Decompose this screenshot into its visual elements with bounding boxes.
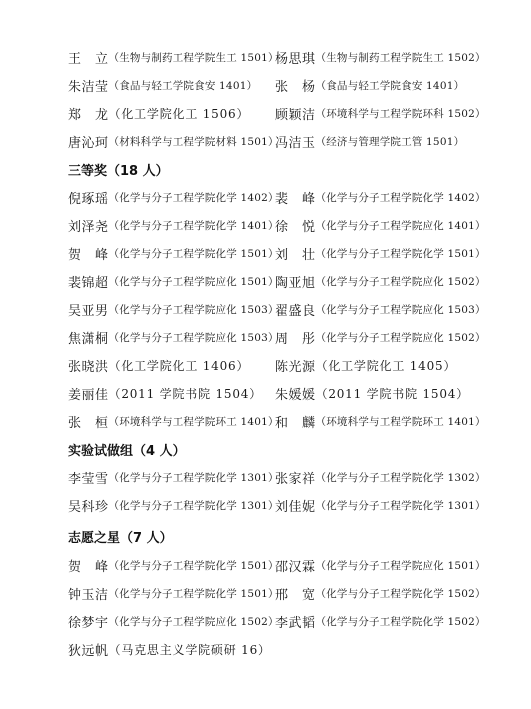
list-row: 唐沁珂（材料科学与工程学院材料 1501） 冯洁玉（经济与管理学院工管 1501… [68,130,508,152]
awardee-affiliation: （化工学院化工 1506） [109,105,250,122]
list-row: 朱洁莹（食品与轻工学院食安 1401） 张 杨（食品与轻工学院食安 1401） [68,74,508,96]
awardee: 杨思琪（生物与制药工程学院生工 1502） [275,46,486,68]
awardee-affiliation: （化学与分子工程学院应化 1502） [316,274,486,289]
awardee: 狄远帆（马克思主义学院硕研 16） [68,638,271,660]
awardee: 朱媛媛（2011 学院书院 1504） [275,382,469,404]
awardee-affiliation: （化学与分子工程学院应化 1501） [316,558,486,573]
awardee-name: 冯洁玉 [275,132,316,151]
list-row: 刘泽尧（化学与分子工程学院化学 1401） 徐 悦（化学与分子工程学院应化 14… [68,214,508,236]
awardee-name: 钟玉洁 [68,584,109,603]
awardee-affiliation: （2011 学院书院 1504） [316,385,470,402]
awardee-name: 朱媛媛 [275,384,316,403]
awardee-affiliation: （环境科学与工程学院环工 1401） [109,414,279,429]
awardee: 邵汉霖（化学与分子工程学院应化 1501） [275,554,486,576]
awardee-name: 陶亚旭 [275,272,316,291]
awardee-affiliation: （2011 学院书院 1504） [109,385,263,402]
awardee: 郑 龙（化工学院化工 1506） [68,102,249,124]
awardee: 朱洁莹（食品与轻工学院食安 1401） [68,74,257,96]
awardee-name: 狄远帆 [68,640,109,659]
awardee-name: 吴亚男 [68,300,109,319]
list-row: 狄远帆（马克思主义学院硕研 16） [68,638,508,660]
awardee: 倪琢瑶（化学与分子工程学院化学 1402） [68,186,279,208]
awardee-name: 和 麟 [275,412,316,431]
awardee-affiliation: （食品与轻工学院食安 1401） [109,78,258,93]
awardee-affiliation: （化学与分子工程学院化学 1402） [109,190,279,205]
awardee-affiliation: （食品与轻工学院食安 1401） [316,78,465,93]
awardee: 唐沁珂（材料科学与工程学院材料 1501） [68,130,279,152]
awardee-name: 李莹雪 [68,468,109,487]
section-header-third-prize: 三等奖（18 人） [68,158,169,180]
awardee-name: 周 彤 [275,328,316,347]
awardee-affiliation: （化工学院化工 1406） [109,357,250,374]
awardee-affiliation: （化学与分子工程学院应化 1502） [109,614,279,629]
awardee-affiliation: （化学与分子工程学院化学 1302） [316,470,486,485]
awardee: 陶亚旭（化学与分子工程学院应化 1502） [275,270,486,292]
awardee-name: 张晓洪 [68,356,109,375]
awardee: 张晓洪（化工学院化工 1406） [68,354,249,376]
awardee: 姜丽佳（2011 学院书院 1504） [68,382,262,404]
awardee-affiliation: （化学与分子工程学院化学 1501） [109,558,279,573]
awardee: 张 杨（食品与轻工学院食安 1401） [275,74,464,96]
awardee: 顾颖洁（环境科学与工程学院环科 1502） [275,102,486,124]
awardee: 刘 壮（化学与分子工程学院化学 1501） [275,242,486,264]
awardee: 翟盛良（化学与分子工程学院应化 1503） [275,298,486,320]
awardee-affiliation: （环境科学与工程学院环科 1502） [316,106,486,121]
awardee-name: 郑 龙 [68,104,109,123]
list-row: 倪琢瑶（化学与分子工程学院化学 1402） 裴 峰（化学与分子工程学院化学 14… [68,186,508,208]
awardee: 贺 峰（化学与分子工程学院化学 1501） [68,554,279,576]
awardee-name: 贺 峰 [68,244,109,263]
list-row: 吴亚男（化学与分子工程学院应化 1503） 翟盛良（化学与分子工程学院应化 15… [68,298,508,320]
awardee-name: 裴 峰 [275,188,316,207]
awardee-name: 徐 悦 [275,216,316,235]
awardee: 吴亚男（化学与分子工程学院应化 1503） [68,298,279,320]
list-row: 张 桓（环境科学与工程学院环工 1401） 和 麟（环境科学与工程学院环工 14… [68,410,508,432]
awardee-affiliation: （化学与分子工程学院应化 1501） [109,274,279,289]
awardee: 吴科珍（化学与分子工程学院化学 1301） [68,494,279,516]
awardee: 冯洁玉（经济与管理学院工管 1501） [275,130,464,152]
awardee-name: 翟盛良 [275,300,316,319]
awardee: 焦潇桐（化学与分子工程学院应化 1503） [68,326,279,348]
awardee: 李莹雪（化学与分子工程学院化学 1301） [68,466,279,488]
awardee-affiliation: （生物与制药工程学院生工 1502） [316,50,486,65]
awardee-name: 邵汉霖 [275,556,316,575]
awardee-name: 唐沁珂 [68,132,109,151]
awardee-affiliation: （生物与制药工程学院生工 1501） [109,50,279,65]
awardee-name: 朱洁莹 [68,76,109,95]
award-list-page: 王 立（生物与制药工程学院生工 1501） 杨思琪（生物与制药工程学院生工 15… [0,0,531,709]
awardee-affiliation: （化学与分子工程学院化学 1502） [316,586,486,601]
awardee: 刘泽尧（化学与分子工程学院化学 1401） [68,214,279,236]
awardee-affiliation: （马克思主义学院硕研 16） [109,641,271,658]
awardee-name: 张家祥 [275,468,316,487]
awardee-affiliation: （化学与分子工程学院应化 1503） [316,302,486,317]
awardee-name: 刘泽尧 [68,216,109,235]
awardee: 邢 宽（化学与分子工程学院化学 1502） [275,582,486,604]
awardee: 王 立（生物与制药工程学院生工 1501） [68,46,279,68]
awardee-affiliation: （化学与分子工程学院应化 1503） [109,330,279,345]
section-header-volunteer-star: 志愿之星（7 人） [68,525,173,547]
awardee-name: 焦潇桐 [68,328,109,347]
awardee-affiliation: （化学与分子工程学院化学 1301） [109,498,279,513]
awardee-name: 吴科珍 [68,496,109,515]
awardee-affiliation: （化工学院化工 1405） [316,357,457,374]
awardee-name: 贺 峰 [68,556,109,575]
list-row: 徐梦宇（化学与分子工程学院应化 1502） 李武韬（化学与分子工程学院化学 15… [68,610,508,632]
awardee-affiliation: （化学与分子工程学院化学 1502） [316,614,486,629]
awardee-affiliation: （化学与分子工程学院化学 1501） [316,246,486,261]
awardee-name: 王 立 [68,48,109,67]
awardee-affiliation: （化学与分子工程学院应化 1401） [316,218,486,233]
awardee-name: 刘佳妮 [275,496,316,515]
list-row: 姜丽佳（2011 学院书院 1504） 朱媛媛（2011 学院书院 1504） [68,382,508,404]
list-row: 贺 峰（化学与分子工程学院化学 1501） 邵汉霖（化学与分子工程学院应化 15… [68,554,508,576]
awardee-affiliation: （材料科学与工程学院材料 1501） [109,134,279,149]
section-header-experiment-group: 实验试做组（4 人） [68,438,186,460]
awardee-affiliation: （化学与分子工程学院化学 1501） [109,246,279,261]
awardee-name: 张 杨 [275,76,316,95]
awardee-name: 邢 宽 [275,584,316,603]
list-row: 裴锦超（化学与分子工程学院应化 1501） 陶亚旭（化学与分子工程学院应化 15… [68,270,508,292]
awardee: 裴锦超（化学与分子工程学院应化 1501） [68,270,279,292]
list-row: 吴科珍（化学与分子工程学院化学 1301） 刘佳妮（化学与分子工程学院化学 13… [68,494,508,516]
awardee: 裴 峰（化学与分子工程学院化学 1402） [275,186,486,208]
awardee-affiliation: （化学与分子工程学院化学 1401） [109,218,279,233]
awardee-name: 刘 壮 [275,244,316,263]
awardee-name: 姜丽佳 [68,384,109,403]
awardee: 张家祥（化学与分子工程学院化学 1302） [275,466,486,488]
awardee: 张 桓（环境科学与工程学院环工 1401） [68,410,279,432]
awardee: 徐梦宇（化学与分子工程学院应化 1502） [68,610,279,632]
awardee-name: 倪琢瑶 [68,188,109,207]
awardee: 和 麟（环境科学与工程学院环工 1401） [275,410,486,432]
awardee-name: 张 桓 [68,412,109,431]
awardee: 陈光源（化工学院化工 1405） [275,354,456,376]
awardee-affiliation: （化学与分子工程学院化学 1402） [316,190,486,205]
awardee-affiliation: （环境科学与工程学院环工 1401） [316,414,486,429]
awardee-name: 杨思琪 [275,48,316,67]
awardee: 周 彤（化学与分子工程学院应化 1502） [275,326,486,348]
awardee: 贺 峰（化学与分子工程学院化学 1501） [68,242,279,264]
list-row: 郑 龙（化工学院化工 1506） 顾颖洁（环境科学与工程学院环科 1502） [68,102,508,124]
awardee-affiliation: （化学与分子工程学院化学 1301） [109,470,279,485]
awardee-affiliation: （化学与分子工程学院应化 1502） [316,330,486,345]
list-row: 钟玉洁（化学与分子工程学院化学 1501） 邢 宽（化学与分子工程学院化学 15… [68,582,508,604]
awardee-affiliation: （化学与分子工程学院化学 1301） [316,498,486,513]
awardee-name: 裴锦超 [68,272,109,291]
awardee: 徐 悦（化学与分子工程学院应化 1401） [275,214,486,236]
awardee: 刘佳妮（化学与分子工程学院化学 1301） [275,494,486,516]
awardee-name: 徐梦宇 [68,612,109,631]
list-row: 张晓洪（化工学院化工 1406） 陈光源（化工学院化工 1405） [68,354,508,376]
list-row: 贺 峰（化学与分子工程学院化学 1501） 刘 壮（化学与分子工程学院化学 15… [68,242,508,264]
list-row: 王 立（生物与制药工程学院生工 1501） 杨思琪（生物与制药工程学院生工 15… [68,46,508,68]
awardee-name: 顾颖洁 [275,104,316,123]
awardee: 李武韬（化学与分子工程学院化学 1502） [275,610,486,632]
awardee-affiliation: （化学与分子工程学院化学 1501） [109,586,279,601]
awardee-name: 李武韬 [275,612,316,631]
awardee-affiliation: （化学与分子工程学院应化 1503） [109,302,279,317]
awardee-name: 陈光源 [275,356,316,375]
awardee-affiliation: （经济与管理学院工管 1501） [316,134,465,149]
list-row: 焦潇桐（化学与分子工程学院应化 1503） 周 彤（化学与分子工程学院应化 15… [68,326,508,348]
list-row: 李莹雪（化学与分子工程学院化学 1301） 张家祥（化学与分子工程学院化学 13… [68,466,508,488]
awardee: 钟玉洁（化学与分子工程学院化学 1501） [68,582,279,604]
